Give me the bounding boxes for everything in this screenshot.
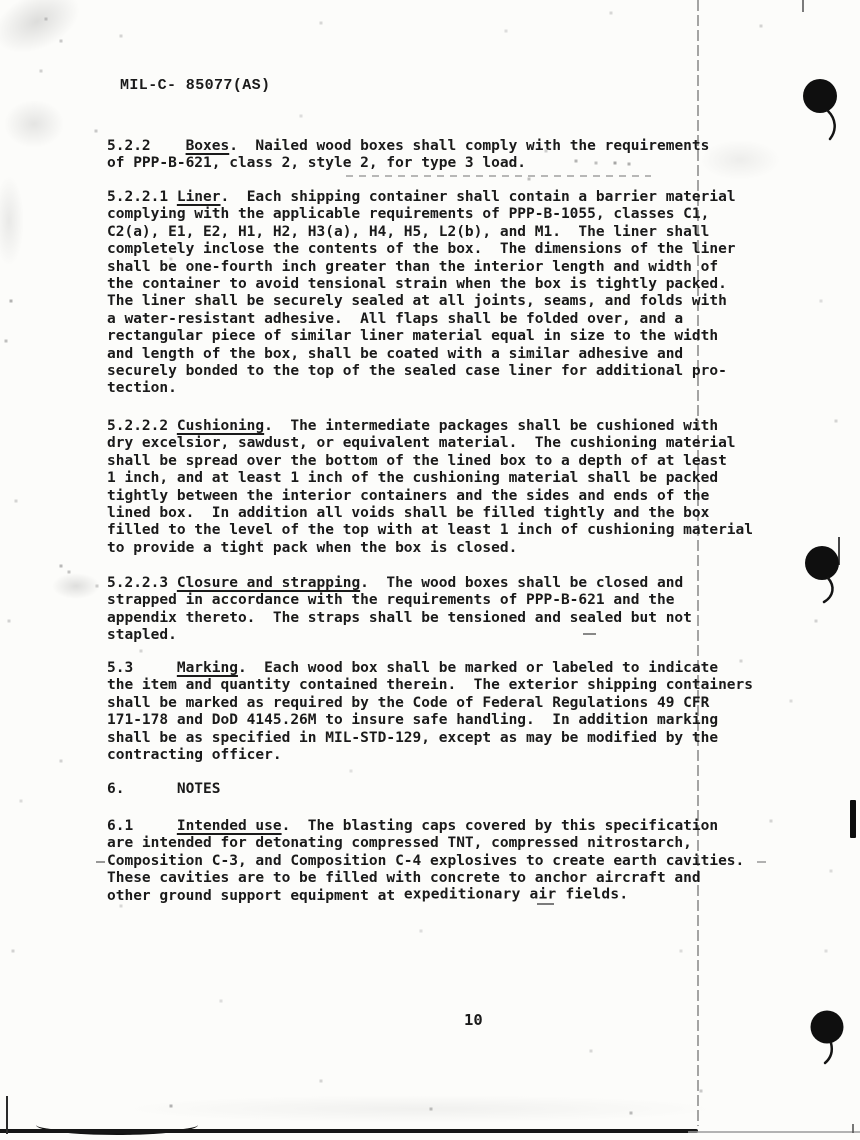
text-line: C2(a), E1, E2, H1, H2, H3(a), H4, H5, L2… (107, 224, 736, 241)
text-line: shall be marked as required by the Code … (107, 695, 753, 712)
document-page: MIL-C- 85077(AS) 5.2.2 Boxes. Nailed woo… (0, 0, 860, 1140)
section-6-notes: 6. NOTES (107, 781, 221, 798)
section-title: Intended use (177, 818, 282, 834)
section-title: Closure and strapping (177, 575, 360, 591)
section-5-3-marking: 5.3 Marking. Each wood box shall be mark… (107, 660, 753, 764)
bottom-edge-line (0, 1129, 698, 1133)
scan-edge-bar (850, 800, 856, 838)
text-line: strapped in accordance with the requirem… (107, 592, 692, 609)
scan-smudge (700, 140, 780, 180)
text-line: 6.1 Intended use. The blasting caps cove… (107, 818, 744, 835)
section-title: Cushioning (177, 418, 264, 434)
inserted-text: expeditionary air fields. (404, 886, 629, 903)
text-line: are intended for detonating compressed T… (107, 835, 744, 852)
scan-edge-tick (852, 1124, 854, 1133)
punch-tail (824, 578, 833, 602)
page-number: 10 (464, 1011, 483, 1029)
text-line: to provide a tight pack when the box is … (107, 540, 753, 557)
text-line: These cavities are to be filled with con… (107, 870, 744, 887)
scan-smudge (0, 0, 89, 65)
text-line: 5.2.2.2 Cushioning. The intermediate pac… (107, 418, 753, 435)
text-line: complying with the applicable requiremen… (107, 206, 736, 223)
text-line: shall be one-fourth inch greater than th… (107, 259, 736, 276)
section-title: Boxes (186, 138, 230, 154)
punch-tail (828, 111, 835, 139)
bottom-edge-line-light (688, 1131, 860, 1133)
scan-smudge (4, 100, 64, 148)
text-line: of PPP-B-621, class 2, style 2, for type… (107, 155, 709, 172)
hole-punch-mark-middle (797, 538, 849, 610)
text-line: 5.2.2.3 Closure and strapping. The wood … (107, 575, 692, 592)
text-line: tection. (107, 380, 736, 397)
text-line: a water-resistant adhesive. All flaps sh… (107, 311, 736, 328)
text-line: shall be spread over the bottom of the l… (107, 453, 753, 470)
text-line: appendix thereto. The straps shall be te… (107, 610, 692, 627)
section-title: Liner (177, 189, 221, 205)
section-title: NOTES (177, 781, 221, 797)
scan-smudge (0, 176, 24, 266)
section-5-2-2-2-cushioning: 5.2.2.2 Cushioning. The intermediate pac… (107, 418, 753, 557)
text-line: 5.2.2 Boxes. Nailed wood boxes shall com… (107, 138, 709, 155)
doc-id-header: MIL-C- 85077(AS) (120, 77, 270, 94)
text-line: 1 inch, and at least 1 inch of the cushi… (107, 470, 753, 487)
scan-speckle-noise (0, 0, 2, 2)
text-line: completely inclose the contents of the b… (107, 241, 736, 258)
left-edge-line (6, 1096, 8, 1134)
text-line: the item and quantity contained therein.… (107, 677, 753, 694)
text-line: 5.2.2.1 Liner. Each shipping container s… (107, 189, 736, 206)
punch-tail (825, 1043, 832, 1063)
text-line: The liner shall be securely sealed at al… (107, 293, 736, 310)
punch-circle (803, 79, 837, 113)
scan-edge-tick (802, 0, 804, 12)
section-5-2-2-boxes: 5.2.2 Boxes. Nailed wood boxes shall com… (107, 138, 709, 173)
dash-artifact (757, 861, 766, 863)
dashed-artifact-line (346, 175, 651, 177)
text-line: shall be as specified in MIL-STD-129, ex… (107, 730, 753, 747)
text-line: dry excelsior, sawdust, or equivalent ma… (107, 435, 753, 452)
text-line: and length of the box, shall be coated w… (107, 346, 736, 363)
text-line: contracting officer. (107, 747, 753, 764)
section-6-1-intended-use: 6.1 Intended use. The blasting caps cove… (107, 818, 744, 905)
section-title: Marking (177, 660, 238, 676)
section-5-2-2-1-liner: 5.2.2.1 Liner. Each shipping container s… (107, 189, 736, 398)
hole-punch-mark-bottom (802, 1002, 854, 1074)
text-line: filled to the level of the top with at l… (107, 522, 753, 539)
text-line: 5.3 Marking. Each wood box shall be mark… (107, 660, 753, 677)
text-line: tightly between the interior containers … (107, 488, 753, 505)
text-line: the container to avoid tensional strain … (107, 276, 736, 293)
scan-smudge (120, 1095, 720, 1123)
text-line: Composition C-3, and Composition C-4 exp… (107, 853, 744, 870)
hole-punch-mark-top (795, 70, 847, 142)
text-line: lined box. In addition all voids shall b… (107, 505, 753, 522)
punch-circle (805, 546, 839, 580)
punch-circle (811, 1011, 844, 1044)
section-5-2-2-3-closure-and-strapping: 5.2.2.3 Closure and strapping. The wood … (107, 575, 692, 645)
text-line: 6. NOTES (107, 781, 221, 798)
text-line: rectangular piece of similar liner mater… (107, 328, 736, 345)
text-line: other ground support equipment at expedi… (107, 888, 744, 905)
text-line: 171-178 and DoD 4145.26M to insure safe … (107, 712, 753, 729)
text-line: securely bonded to the top of the sealed… (107, 363, 736, 380)
scan-smudge (52, 573, 100, 599)
text-line: stapled. (107, 627, 692, 644)
dash-artifact (96, 861, 105, 863)
